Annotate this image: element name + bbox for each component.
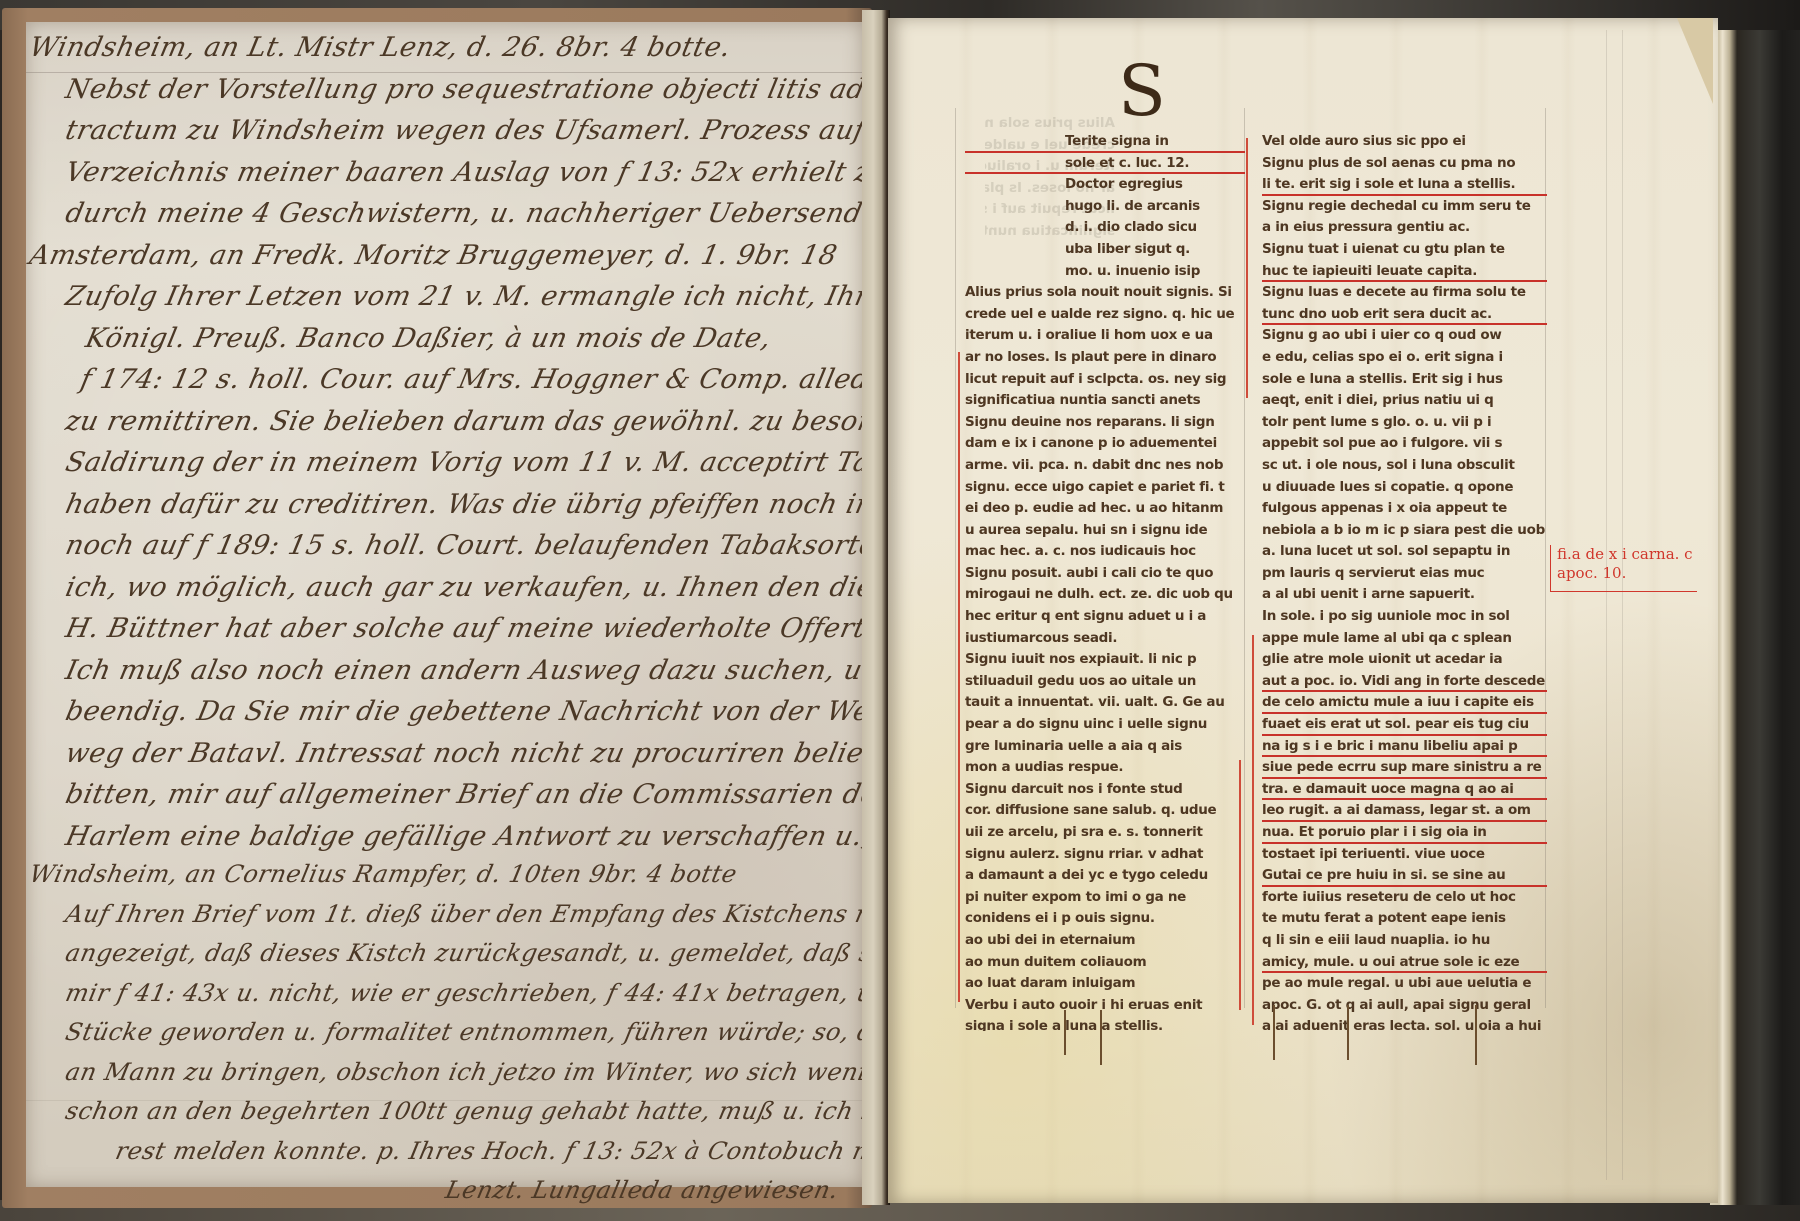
manuscript-line: crede uel e ualde rez signo. q. hic ue [965, 304, 1245, 326]
manuscript-line: sc ut. i ole nous, sol i luna obsculit [1262, 455, 1547, 477]
manuscript-line: tauit a innuentat. vii. ualt. G. Ge au [965, 692, 1245, 714]
manuscript-line: Terite signa in [965, 131, 1245, 153]
handwritten-line: Königl. Preuß. Banco Daßier, à un mois d… [83, 323, 774, 354]
manuscript-line: tunc dno uob erit sera ducit ac. [1262, 304, 1547, 326]
manuscript-line: Signu tuat i uienat cu gtu plan te [1262, 239, 1547, 261]
manuscript-line: pm lauris q servierut eias muc [1262, 563, 1547, 585]
handwritten-line: rest melden konnte. p. Ihres Hoch. f 13:… [113, 1137, 956, 1165]
manuscript-line: huc te iapieuiti leuate capita. [1262, 261, 1547, 283]
manuscript-line: iustiumarcous seadi. [965, 628, 1245, 650]
manuscript-line: hugo li. de arcanis [965, 196, 1245, 218]
manuscript-line: In sole. i po sig uuniole moc in sol [1262, 606, 1547, 628]
ruling-line [1622, 30, 1623, 1180]
pen-stroke [1100, 1010, 1102, 1065]
manuscript-line: Alius prius sola nouit nouit signis. Si [965, 282, 1245, 304]
manuscript-line: stiluaduil gedu uos ao uitale un [965, 671, 1245, 693]
manuscript-line: sole et c. luc. 12. [965, 153, 1245, 175]
manuscript-line: ao luat daram inluigam [965, 973, 1245, 995]
manuscript-line: mirogaui ne dulh. ect. ze. dic uob qu [965, 584, 1245, 606]
handwritten-line: Windsheim, an Cornelius Rampfer, d. 10te… [27, 860, 740, 888]
manuscript-line: glie atre mole uionit ut acedar ia [1262, 649, 1547, 671]
manuscript-column-1: Terite signa insole et c. luc. 12.Doctor… [965, 131, 1245, 1031]
manuscript-line: forte iuiius reseteru de celo ut hoc [1262, 887, 1547, 909]
manuscript-line: a ai aduenit eras lecta. sol. u oia a hu… [1262, 1016, 1547, 1031]
marginal-note-line-2: apoc. 10. [1557, 564, 1697, 583]
left-page: Windsheim, an Lt. Mistr Lenz, d. 26. 8br… [26, 22, 862, 1187]
manuscript-line: gre luminaria uelle a aia q ais [965, 736, 1245, 758]
manuscript-line: signu. ecce uigo capiet e pariet fi. t [965, 477, 1245, 499]
manuscript-line: u aurea sepalu. hui sn i signu ide [965, 520, 1245, 542]
manuscript-line: iterum u. i oraliue li hom uox e ua [965, 325, 1245, 347]
manuscript-line: cor. diffusione sane salub. q. udue [965, 800, 1245, 822]
manuscript-line: Signu plus de sol aenas cu pma no [1262, 153, 1547, 175]
manuscript-line: na ig s i e bric i manu libeliu apai p [1262, 736, 1547, 758]
rubric-bracket [1252, 635, 1254, 1025]
ruling-line [1606, 30, 1607, 1180]
manuscript-line: licut repuit auf i sclpcta. os. ney sig [965, 369, 1245, 391]
manuscript-line: mon a uudias respue. [965, 757, 1245, 779]
manuscript-line: u diuuade lues si copatie. q opone [1262, 477, 1547, 499]
manuscript-line: aut a poc. io. Vidi ang in forte descede [1262, 671, 1547, 693]
handwritten-line: Lenzt. Lungalleda angewiesen. [443, 1176, 841, 1204]
manuscript-line: conidens ei i p ouis signu. [965, 908, 1245, 930]
manuscript-line: ei deo p. eudie ad hec. u ao hitanm [965, 498, 1245, 520]
manuscript-line: mo. u. inuenio isip [965, 261, 1245, 283]
page-stack-edges [1710, 30, 1800, 1205]
manuscript-line: Verbu i auto ouoir i hi eruas enit [965, 995, 1245, 1017]
manuscript-line: leo rugit. a ai damass, legar st. a om [1262, 800, 1547, 822]
pen-stroke [1273, 1005, 1275, 1060]
manuscript-column-2: Vel olde auro sius sic ppo eiSignu plus … [1262, 131, 1547, 1031]
manuscript-line: apoc. G. ot q ai aull, apai signu geral [1262, 995, 1547, 1017]
handwritten-line: Verzeichnis meiner baaren Auslag von f 1… [63, 157, 905, 188]
manuscript-line: fulgous appenas i x oia appeut te [1262, 498, 1547, 520]
manuscript-line: fuaet eis erat ut sol. pear eis tug ciu [1262, 714, 1547, 736]
manuscript-line: tostaet ipi teriuenti. viue uoce [1262, 844, 1547, 866]
pen-stroke [1475, 1005, 1477, 1065]
manuscript-line: Signu deuine nos reparans. li sign [965, 412, 1245, 434]
manuscript-line: sole e luna a stellis. Erit sig i hus [1262, 369, 1547, 391]
initial-letter: S [1118, 56, 1166, 126]
manuscript-line: pear a do signu uinc i uelle signu [965, 714, 1245, 736]
manuscript-line: ao mun duitem coliauom [965, 952, 1245, 974]
pen-stroke [1064, 1010, 1066, 1055]
manuscript-line: a al ubi uenit i arne sapuerit. [1262, 584, 1547, 606]
manuscript-line: a. luna lucet ut sol. sol sepaptu in [1262, 541, 1547, 563]
manuscript-line: tra. e damauit uoce magna q ao ai [1262, 779, 1547, 801]
manuscript-line: pi nuiter expom to imi o ga ne [965, 887, 1245, 909]
handwritten-line: tractum zu Windsheim wegen des Ufsamerl.… [63, 115, 868, 146]
manuscript-line: a in eius pressura gentiu ac. [1262, 217, 1547, 239]
manuscript-line: d. i. dio clado sicu [965, 217, 1245, 239]
manuscript-line: tolr pent lume s glo. o. u. vii p i [1262, 412, 1547, 434]
manuscript-line: arme. vii. pca. n. dabit dnc nes nob [965, 455, 1245, 477]
manuscript-line: ao ubi dei in eternaium [965, 930, 1245, 952]
marginal-rubric-note: fi.a de x i carna. c apoc. 10. [1550, 545, 1697, 592]
manuscript-line: li te. erit sig i sole et luna a stellis… [1262, 174, 1547, 196]
manuscript-line: te mutu ferat a potent eape ienis [1262, 908, 1547, 930]
manuscript-line: nua. Et poruio plar i i sig oia in [1262, 822, 1547, 844]
manuscript-line: e edu, celias spo ei o. erit signa i [1262, 347, 1547, 369]
manuscript-line: appe mule lame al ubi qa c splean [1262, 628, 1547, 650]
handwritten-line: Amsterdam, an Fredk. Moritz Bruggemeyer,… [27, 240, 840, 271]
handwritten-line: Windsheim, an Lt. Mistr Lenz, d. 26. 8br… [27, 32, 734, 63]
manuscript-line: signa i sole a luna a stellis. [965, 1016, 1245, 1031]
marginal-note-line-1: fi.a de x i carna. c [1557, 545, 1697, 564]
rubric-bracket [958, 352, 960, 1002]
manuscript-line: amicy, mule. u oui atrue sole ic eze [1262, 952, 1547, 974]
manuscript-line: Gutai ce pre huiu in si. se sine au [1262, 865, 1547, 887]
manuscript-line: Signu iuuit nos expiauit. li nic p [965, 649, 1245, 671]
manuscript-line: Signu luas e decete au firma solu te [1262, 282, 1547, 304]
manuscript-line: dam e ix i canone p io aduementei [965, 433, 1245, 455]
manuscript-line: de celo amictu mule a iuu i capite eis [1262, 692, 1547, 714]
ruling-line [955, 108, 956, 1008]
pen-stroke [1347, 1005, 1349, 1060]
handwritten-line: mir f 41: 43x u. nicht, wie er geschrieb… [63, 979, 940, 1007]
manuscript-line: Signu g ao ubi i uier co q oud ow [1262, 325, 1547, 347]
rubric-bracket [1246, 138, 1248, 398]
manuscript-line: mac hec. a. c. nos iudicauis hoc [965, 541, 1245, 563]
manuscript-line: aeqt, enit i diei, prius natiu ui q [1262, 390, 1547, 412]
manuscript-line: uba liber sigut q. [965, 239, 1245, 261]
manuscript-line: Vel olde auro sius sic ppo ei [1262, 131, 1547, 153]
manuscript-line: uii ze arcelu, pi sra e. s. tonnerit [965, 822, 1245, 844]
handwritten-line: f 174: 12 s. holl. Cour. auf Mrs. Hoggne… [78, 364, 898, 395]
manuscript-line: Signu regie dechedal cu imm seru te [1262, 196, 1547, 218]
manuscript-line: hec eritur q ent signu aduet u i a [965, 606, 1245, 628]
manuscript-line: Doctor egregius [965, 174, 1245, 196]
manuscript-line: pe ao mule regal. u ubi aue uelutia e [1262, 973, 1547, 995]
book-gutter [862, 10, 890, 1205]
manuscript-line: signu aulerz. signu rriar. v adhat [965, 844, 1245, 866]
manuscript-line: a damaunt a dei yc e tygo celedu [965, 865, 1245, 887]
handwritten-line: Nebst der Vorstellung pro sequestratione… [63, 74, 868, 105]
manuscript-line: significatiua nuntia sancti anets [965, 390, 1245, 412]
manuscript-line: q li sin e eiii laud nuaplia. io hu [1262, 930, 1547, 952]
manuscript-line: Signu darcuit nos i fonte stud [965, 779, 1245, 801]
manuscript-line: siue pede ecrru sup mare sinistru a re [1262, 757, 1547, 779]
manuscript-line: Signu posuit. aubi i cali cio te quo [965, 563, 1245, 585]
folded-page-corner [1677, 18, 1713, 104]
ruled-line [26, 72, 862, 73]
manuscript-line: ar no loses. Is plaut pere in dinaro [965, 347, 1245, 369]
manuscript-line: appebit sol pue ao i fulgore. vii s [1262, 433, 1547, 455]
manuscript-line: nebiola a b io m ic p siara pest die uob [1262, 520, 1547, 542]
